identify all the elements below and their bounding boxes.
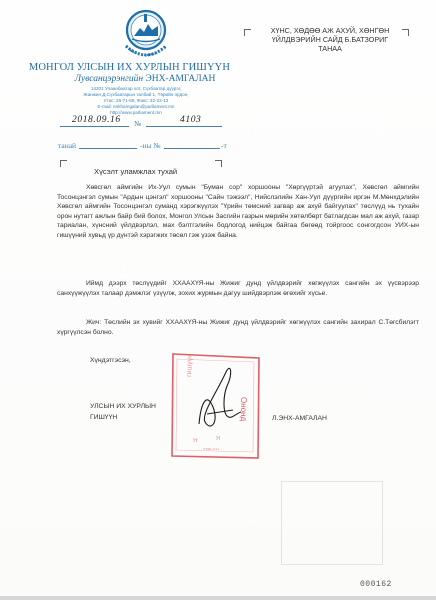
reply-date-underline [79,148,137,149]
reply-number-label: -ны № [140,141,161,150]
svg-text:Я: Я [193,438,197,444]
addressee-line: ХҮНС, ХӨДӨӨ АЖ АХУЙ, ХӨНГӨН [240,26,420,35]
paragraph-text: Иймд дээрх төслүүдийг ХХААХҮЯ-ны Жижиг д… [57,280,419,297]
subject-corner-left [60,160,67,167]
paragraph-text: Жич: Төслийн эх хувийг ХХААХҮЯ-ны Жижиг … [57,319,419,336]
letterhead-title: МОНГОЛ УЛСЫН ИХ ХУРЛЫН ГИШҮҮН [0,62,230,73]
body-paragraph: Иймд дээрх төслүүдийг ХХААХҮЯ-ны Жижиг д… [57,279,419,298]
signer-role-line2: ГИШҮҮН [90,414,117,421]
letter-subject: Хүсэлт уламжлах тухай [94,167,177,176]
number-underline [146,126,222,127]
addressee-line: ҮЙЛДВЭРИЙН САЙД Б.БАТЗОРИГ [240,35,420,44]
svg-text:УХАС217: УХАС217 [203,448,220,452]
official-stamp-icon: Ононд гишүүн Я Я УХАС217 [171,352,262,462]
reply-suffix-label: -т [221,141,227,150]
svg-text:гишүүн: гишүүн [186,354,194,377]
faint-stamp-impression [281,481,383,565]
state-emblem-icon [118,6,174,64]
svg-text:Я: Я [216,436,220,442]
body-paragraph: Жич: Төслийн эх хувийг ХХААХҮЯ-ны Жижиг … [57,318,419,337]
member-name: ЭНХ-АМГАЛАН [145,74,215,84]
subject-corner-right [215,160,222,167]
date-underline [60,126,129,127]
addressee-line: ТАНАА [240,44,420,53]
letterhead-member: Лувсанцэрэнгийн ЭНХ-АМГАЛАН [60,74,230,84]
letter-page: МОНГОЛ УЛСЫН ИХ ХУРЛЫН ГИШҮҮН Лувсанцэрэ… [0,0,436,600]
letter-date: 2018.09.16 [72,115,121,125]
reply-number-underline [164,148,220,149]
reply-prefix-label: танай [58,141,76,150]
letter-number: 4103 [180,115,201,125]
signer-name: Л.ЭНХ-АМГАЛАН [272,415,327,422]
member-patronymic: Лувсанцэрэнгийн [75,74,143,84]
svg-text:Ононд: Ононд [239,397,248,422]
page-edge-shadow [0,596,436,600]
number-label: № [134,119,141,128]
closing-salutation: Хүндэтгэсэн, [90,357,131,364]
body-paragraph: Хөвсгөл аймгийн Их-Уул сумын "Буман сор"… [57,183,419,240]
paragraph-text: Хөвсгөл аймгийн Их-Уул сумын "Буман сор"… [57,184,419,239]
document-serial-number: 000162 [360,580,392,589]
signer-role-line1: УЛСЫН ИХ ХУРЛЫН [90,403,156,410]
